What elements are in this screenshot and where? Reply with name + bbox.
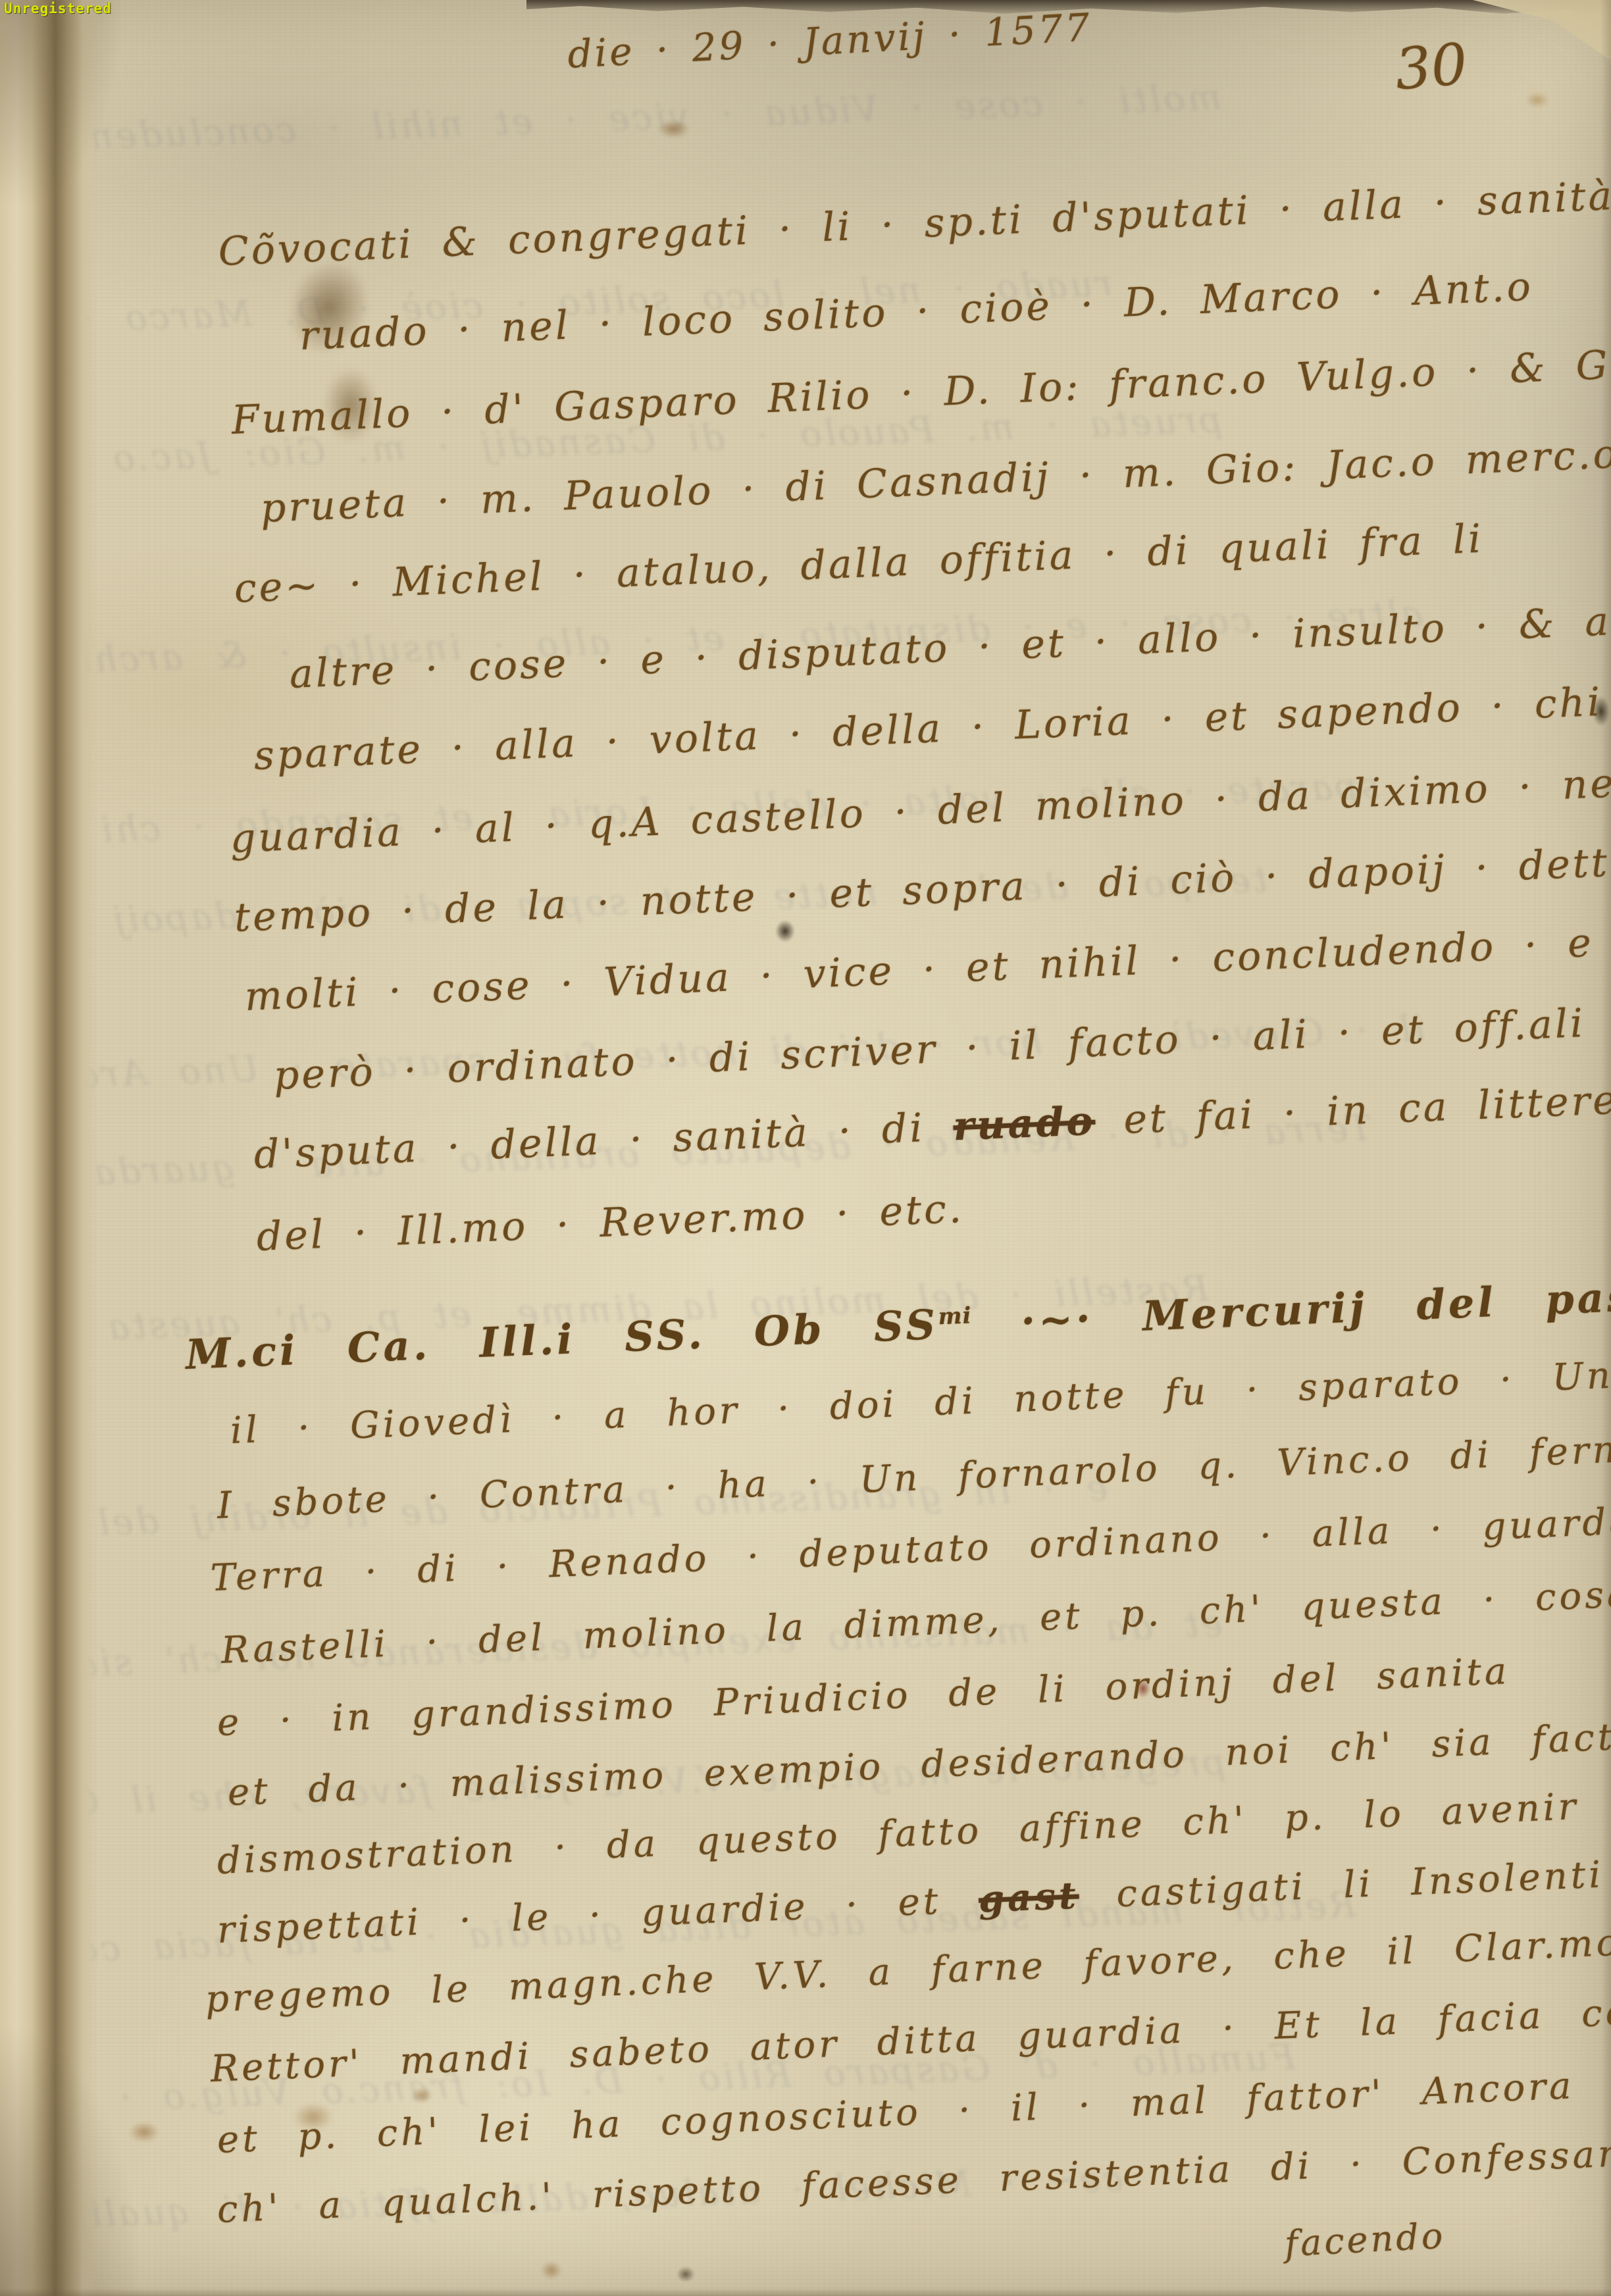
ink-blot	[658, 120, 690, 138]
heading-date: die · 29 · Janvij · 1577	[567, 5, 1093, 77]
p1-closing-line: del · Ill.mo · Rever.mo · etc.	[256, 1186, 965, 1260]
p1-line: guardia · al · q.A castello · del molino…	[230, 760, 1611, 862]
p1-line: Cõvocati & congregati · li · sp.ti d'spu…	[218, 168, 1611, 275]
manuscript-page: molti · cose · Vidua · vice · et nihil ·…	[0, 0, 1611, 2296]
bottom-page-edge	[0, 2288, 1611, 2296]
gutter-shadow-top	[0, 0, 125, 211]
brown-stain	[541, 2261, 562, 2280]
scanner-watermark: Unregistered	[4, 1, 112, 16]
superscript-abbrev: mi	[938, 1302, 973, 1330]
showthrough-line: molti · cose · Vidua · vice · et nihil ·…	[0, 76, 1222, 163]
cancelled-word: ruado	[952, 1098, 1096, 1150]
brown-stain	[677, 2266, 695, 2282]
gutter-shadow-bottom	[0, 2020, 145, 2296]
brown-stain	[129, 2122, 159, 2143]
p2-open-post: ·~· Mercurij del pasato Venendo	[971, 1258, 1611, 1347]
p1-line: però · ordinato · di scriver · il facto …	[273, 1000, 1587, 1099]
brown-stain	[411, 2087, 432, 2103]
p1-line: molti · cose · Vidua · vice · et nihil ·…	[244, 920, 1595, 1020]
p1-line: tempo · de la · notte · et sopra · di ci…	[234, 839, 1611, 941]
ink-speck	[775, 920, 795, 942]
book-gutter-fold	[0, 0, 99, 2296]
catchword: facendo	[1284, 2215, 1446, 2265]
folio-number: 30	[1393, 31, 1470, 103]
cancelled-word: gast	[978, 1874, 1080, 1921]
brown-stain	[1525, 92, 1549, 108]
